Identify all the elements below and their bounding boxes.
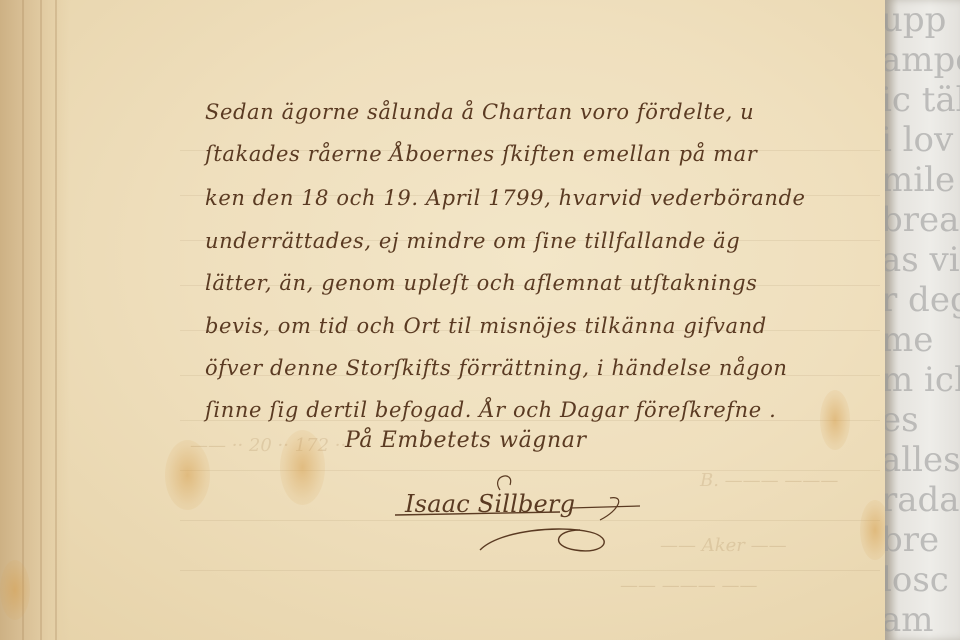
- ruled-line: [180, 570, 880, 571]
- page-edge-stack: [0, 0, 70, 640]
- printed-fragment: i lov: [885, 120, 960, 160]
- printed-fragment: as vi: [885, 240, 960, 280]
- signature: Isaac Sillberg: [405, 490, 575, 518]
- manuscript-line: lätter, än, genom upleſt och aflemnat ut…: [205, 271, 758, 295]
- manuscript-line: öfver denne Storſkifts förrättning, i hä…: [205, 356, 788, 380]
- printed-fragment: rada: [885, 480, 960, 520]
- printed-fragment: upp: [885, 0, 960, 40]
- printed-fragment: losc: [885, 560, 960, 600]
- printed-fragment: alles: [885, 440, 960, 480]
- printed-fragment: bre: [885, 520, 960, 560]
- water-stain: [0, 560, 30, 620]
- printed-fragment: brea: [885, 200, 960, 240]
- manuscript-line: underrättades, ej mindre om ſine tillfal…: [205, 229, 740, 253]
- manuscript-line: ſtakades råerne Åboernes ſkiften emellan…: [205, 142, 757, 166]
- show-through-text: B. ——— ———: [700, 470, 838, 491]
- manuscript-line: ken den 18 och 19. April 1799, hvarvid v…: [205, 186, 806, 210]
- adjacent-printed-page: upp ampe ic täl i lov mile brea as vi r …: [885, 0, 960, 640]
- printed-fragment: r deg: [885, 280, 960, 320]
- manuscript-line: ſinne ſig dertil befogad. År och Dagar f…: [205, 398, 776, 422]
- show-through-text: —— ——— ——: [620, 575, 757, 596]
- printed-fragment: am: [885, 600, 960, 640]
- closing-phrase: På Embetets wägnar: [345, 428, 587, 453]
- printed-fragment: m ich: [885, 360, 960, 400]
- water-stain: [165, 440, 210, 510]
- page-edge-line: [55, 0, 57, 640]
- manuscript-line: bevis, om tid och Ort til misnöjes tilkä…: [205, 314, 767, 338]
- water-stain: [820, 390, 850, 450]
- printed-fragment: ampe: [885, 40, 960, 80]
- printed-fragment: ic täl: [885, 80, 960, 120]
- page-edge-line: [40, 0, 42, 640]
- show-through-text: —— Aker ——: [660, 535, 787, 556]
- water-stain: [280, 430, 325, 505]
- manuscript-line: Sedan ägorne sålunda å Chartan voro förd…: [205, 100, 754, 124]
- document-photo: —— ·· 20 ·· 172 ·· B. ——— ——— —— Aker ——…: [0, 0, 960, 640]
- printed-fragment: me: [885, 320, 960, 360]
- printed-fragment: es: [885, 400, 960, 440]
- printed-fragment: mile: [885, 160, 960, 200]
- page-edge-line: [22, 0, 24, 640]
- manuscript-page: —— ·· 20 ·· 172 ·· B. ——— ——— —— Aker ——…: [0, 0, 885, 640]
